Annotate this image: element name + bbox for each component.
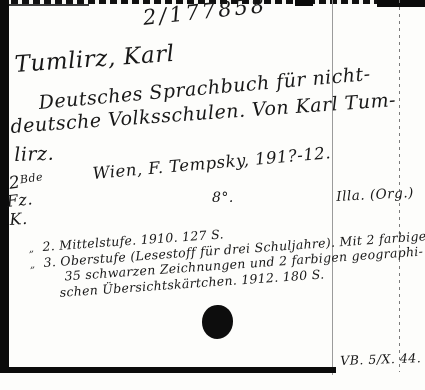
imprint-line: Wien, F. Tempsky, 191?-12. xyxy=(92,145,332,182)
format-note: 8°. xyxy=(212,191,234,205)
ditto-mark: „ xyxy=(29,258,44,270)
call-number: 2/177858 xyxy=(142,0,268,29)
volume-unit: Bde xyxy=(19,170,44,186)
margin-siglum: K. xyxy=(9,211,28,228)
card-bottom-edge-right xyxy=(0,4,89,6)
shelfmark-note: Illa. (Org.) xyxy=(336,187,414,205)
scan-top-edge-mark xyxy=(295,0,313,6)
ditto-mark: „ xyxy=(28,243,43,255)
card-vertical-rule xyxy=(332,0,333,375)
scan-left-edge xyxy=(0,0,9,369)
card-bottom-edge xyxy=(0,367,336,373)
hole-punch xyxy=(202,305,233,339)
accession-date-note: VB. 5/X. 44. xyxy=(340,352,421,367)
margin-siglum: Fz. xyxy=(6,191,34,210)
scan-top-edge-blob xyxy=(377,0,425,7)
author-heading: Tumlirz, Karl xyxy=(14,43,175,77)
title-line: lirz. xyxy=(14,145,54,165)
catalog-card-scan: 2/177858 Tumlirz, Karl Deutsches Sprachb… xyxy=(0,0,425,390)
footnote-block: „2. Mittelstufe. 1910. 127 S. „3. Oberst… xyxy=(28,211,425,301)
